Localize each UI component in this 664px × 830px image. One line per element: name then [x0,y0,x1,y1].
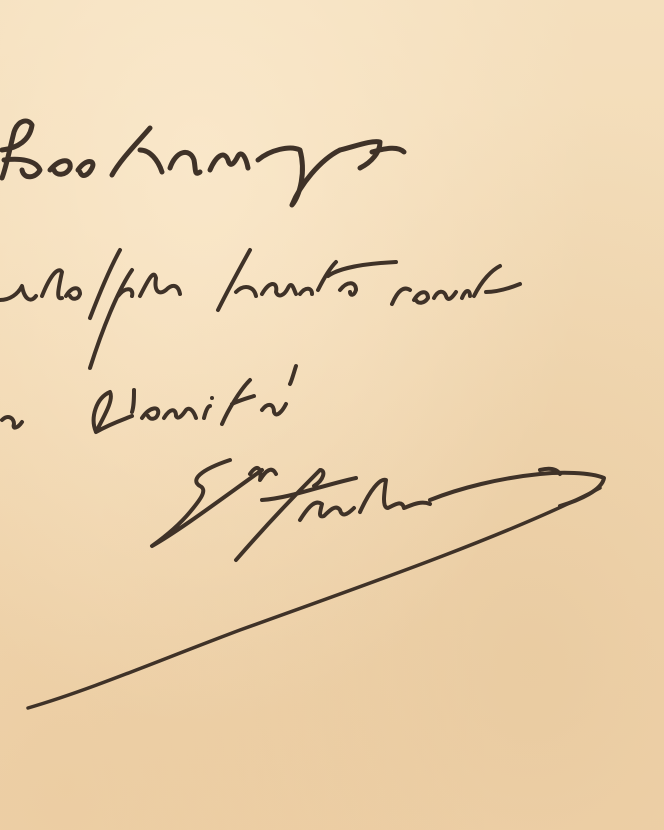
line-la-plus-haute [0,250,520,368]
signature-flourish [28,488,600,708]
manuscript-page: Deschamps ...la plus haute considé[ratio… [0,0,664,830]
handwriting-ink [0,0,664,830]
line-d-amitie [2,366,296,432]
signature-flaubert [152,460,604,560]
line-deschamps [2,121,404,205]
